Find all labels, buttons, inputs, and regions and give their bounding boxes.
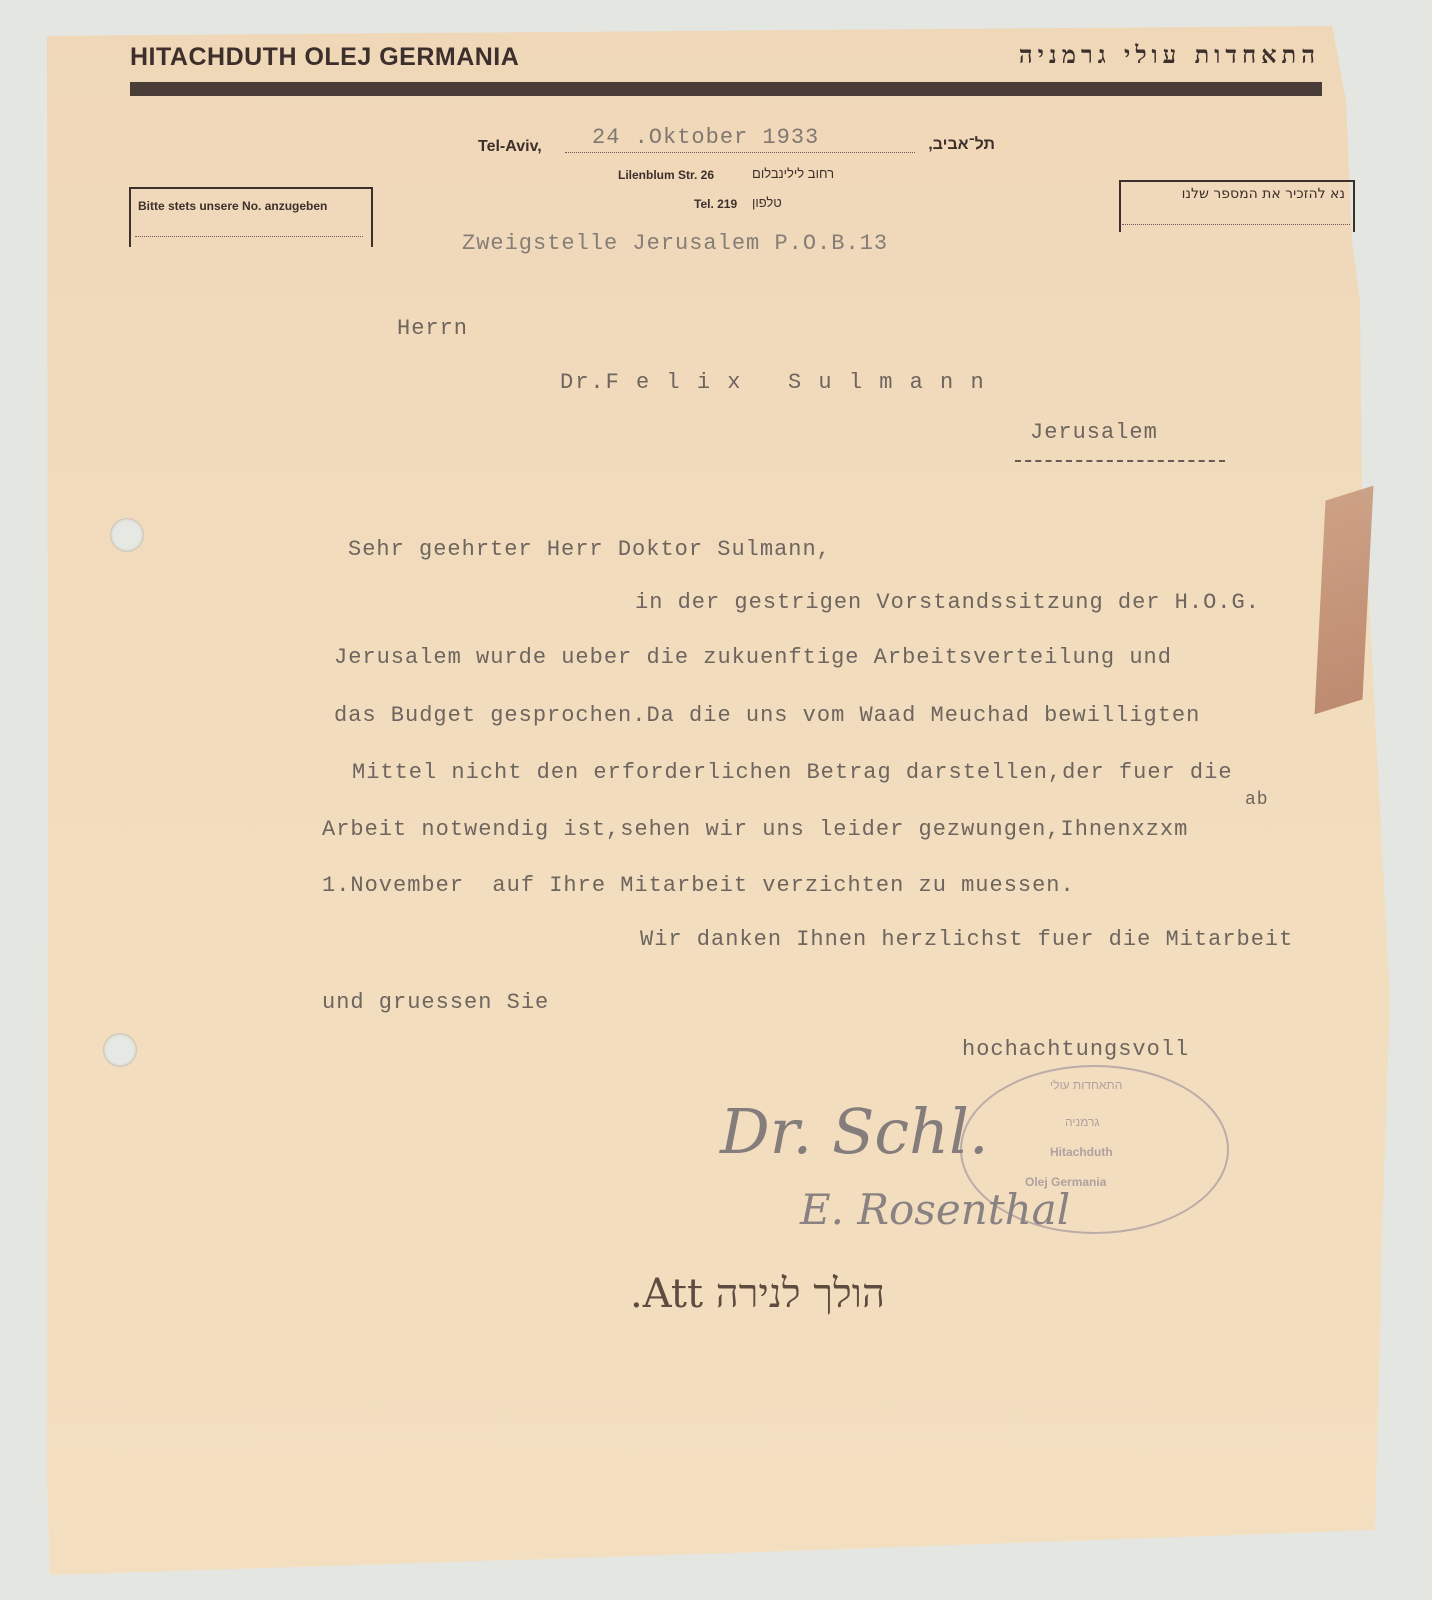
- city-latin: Tel-Aviv,: [478, 138, 542, 156]
- body-line: Jerusalem wurde ueber die zukuenftige Ar…: [334, 645, 1172, 670]
- recipient-salutation: Herrn: [397, 316, 468, 341]
- recipient-city: Jerusalem: [1030, 420, 1158, 445]
- reference-number-box: [129, 187, 373, 247]
- body-line: Arbeit notwendig ist,sehen wir uns leide…: [322, 817, 1188, 842]
- signature-2: E. Rosenthal: [800, 1185, 1070, 1234]
- org-name-hebrew: התאחדות עולי גרמניה: [900, 40, 1320, 70]
- body-line: Mittel nicht den erforderlichen Betrag d…: [352, 760, 1233, 785]
- ref-box-label-german: Bitte stets unsere No. anzugeben: [138, 199, 327, 213]
- body-line: 1.November auf Ihre Mitarbeit verzichten…: [322, 873, 1075, 898]
- phone-hebrew: טלפון: [752, 195, 782, 210]
- signature-1: Dr. Schl.: [720, 1095, 989, 1168]
- phone-latin: Tel. 219: [694, 197, 737, 211]
- org-name-latin: HITACHDUTH OLEJ GERMANIA: [130, 43, 519, 72]
- ref-box-label-hebrew: נא להזכיר את המספר שלנו: [1130, 186, 1345, 202]
- stamp-text: התאחדות עולי: [1050, 1078, 1122, 1092]
- street-latin: Lilenblum Str. 26: [618, 168, 714, 182]
- handwritten-hebrew-note: הולך לנירה Att.: [630, 1270, 885, 1317]
- body-line: und gruessen Sie: [322, 990, 549, 1015]
- punch-hole: [110, 518, 144, 552]
- stamp-text: Hitachduth: [1050, 1145, 1113, 1159]
- ref-box-hebrew-dotted-line: [1122, 224, 1350, 225]
- body-insertion: ab: [1245, 790, 1269, 810]
- ref-box-dotted-line: [135, 236, 363, 237]
- body-line: in der gestrigen Vorstandssitzung der H.…: [635, 590, 1260, 615]
- letter-date: 24 .Oktober 1933: [592, 125, 819, 150]
- branch-line: Zweigstelle Jerusalem P.O.B.13: [462, 231, 888, 256]
- date-dotted-line: [565, 152, 915, 153]
- stamp-text: גרמניה: [1065, 1115, 1100, 1129]
- city-hebrew: תל־אביב,: [915, 136, 995, 154]
- punch-hole: [103, 1033, 137, 1067]
- recipient-underline: [1015, 460, 1225, 462]
- recipient-name: Dr.F e l i x S u l m a n n: [560, 370, 986, 395]
- letter-closing: hochachtungsvoll: [962, 1037, 1189, 1062]
- body-line: das Budget gesprochen.Da die uns vom Waa…: [334, 703, 1200, 728]
- street-hebrew: רחוב לילינבלום: [752, 166, 834, 181]
- letterhead-rule: [130, 82, 1322, 96]
- letter-greeting: Sehr geehrter Herr Doktor Sulmann,: [348, 537, 831, 562]
- body-line: Wir danken Ihnen herzlichst fuer die Mit…: [640, 927, 1293, 952]
